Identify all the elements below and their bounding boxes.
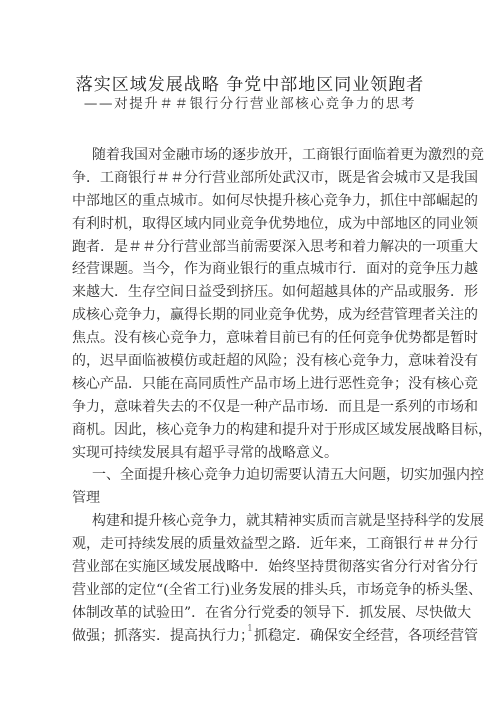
section-heading-line: 一、全面提升核心竞争力迫切需要认清五大问题，切实加强内控 bbox=[72, 464, 436, 487]
paragraph-line: 观，走可持续发展的质量效益型之路．近年来，工商银行＃＃分行 bbox=[72, 533, 436, 556]
section-heading-line: 管理 bbox=[72, 487, 436, 510]
paragraph-line: 争力，意味着失去的不仅是一种产品市场．而且是一系列的市场和 bbox=[72, 396, 436, 419]
paragraph-line: 经营课题。当今，作为商业银行的重点城市行．面对的竞争压力越 bbox=[72, 258, 436, 281]
paragraph-line: 营业部在实施区域发展战略中．始终坚持贯彻落实省分行对省分行 bbox=[72, 556, 436, 579]
paragraph-line: 随着我国对金融市场的逐步放开，工商银行面临着更为激烈的竞 bbox=[72, 144, 436, 167]
paragraph-line: 核心产品．只能在高同质性产品市场上进行恶性竞争；没有核心竞 bbox=[72, 373, 436, 396]
paragraph-line: 的，迟早面临被模仿或赶超的风险；没有核心竞争力，意味着没有 bbox=[72, 350, 436, 373]
paragraph-line: 营业部的定位“(全省工行)业务发展的排头兵，市场竞争的桥头堡、 bbox=[72, 579, 436, 602]
document-page: 落实区域发展战略 争党中部地区同业领跑者 ——对提升＃＃银行分行营业部核心竞争力… bbox=[0, 0, 500, 708]
paragraph-line: 体制改革的试验田”．在省分行党委的领导下．抓发展、尽快做大 bbox=[72, 602, 436, 625]
paragraph-line: 中部地区的重点城市。如何尽快提升核心竞争力，抓住中部崛起的 bbox=[72, 190, 436, 213]
paragraph-line: 争．工商银行＃＃分行营业部所处武汉市，既是省会城市又是我国 bbox=[72, 167, 436, 190]
document-body: 随着我国对金融市场的逐步放开，工商银行面临着更为激烈的竞 争．工商银行＃＃分行营… bbox=[72, 144, 436, 648]
paragraph-line: 成核心竞争力，赢得长期的同业竞争优势，成为经营管理者关注的 bbox=[72, 304, 436, 327]
paragraph-line: 跑者．是＃＃分行营业部当前需要深入思考和着力解决的一项重大 bbox=[72, 236, 436, 259]
paragraph-line: 商机。因此，核心竞争力的构建和提升对于形成区域发展战略目标， bbox=[72, 419, 436, 442]
paragraph-line: 有利时机，取得区域内同业竞争优势地位，成为中部地区的同业领 bbox=[72, 213, 436, 236]
paragraph-line: 构建和提升核心竞争力，就其精神实质而言就是坚持科学的发展 bbox=[72, 510, 436, 533]
paragraph-line: 焦点。没有核心竞争力，意味着目前已有的任何竞争优势都是暂时 bbox=[72, 327, 436, 350]
document-subtitle: ——对提升＃＃银行分行营业部核心竞争力的思考 bbox=[0, 95, 500, 113]
page-number: 1 bbox=[0, 624, 500, 634]
paragraph-line: 实现可持续发展具有超乎寻常的战略意义。 bbox=[72, 442, 436, 465]
paragraph-line: 来越大．生存空间日益受到挤压。如何超越具体的产品或服务．形 bbox=[72, 281, 436, 304]
document-title: 落实区域发展战略 争党中部地区同业领跑者 bbox=[0, 74, 500, 96]
